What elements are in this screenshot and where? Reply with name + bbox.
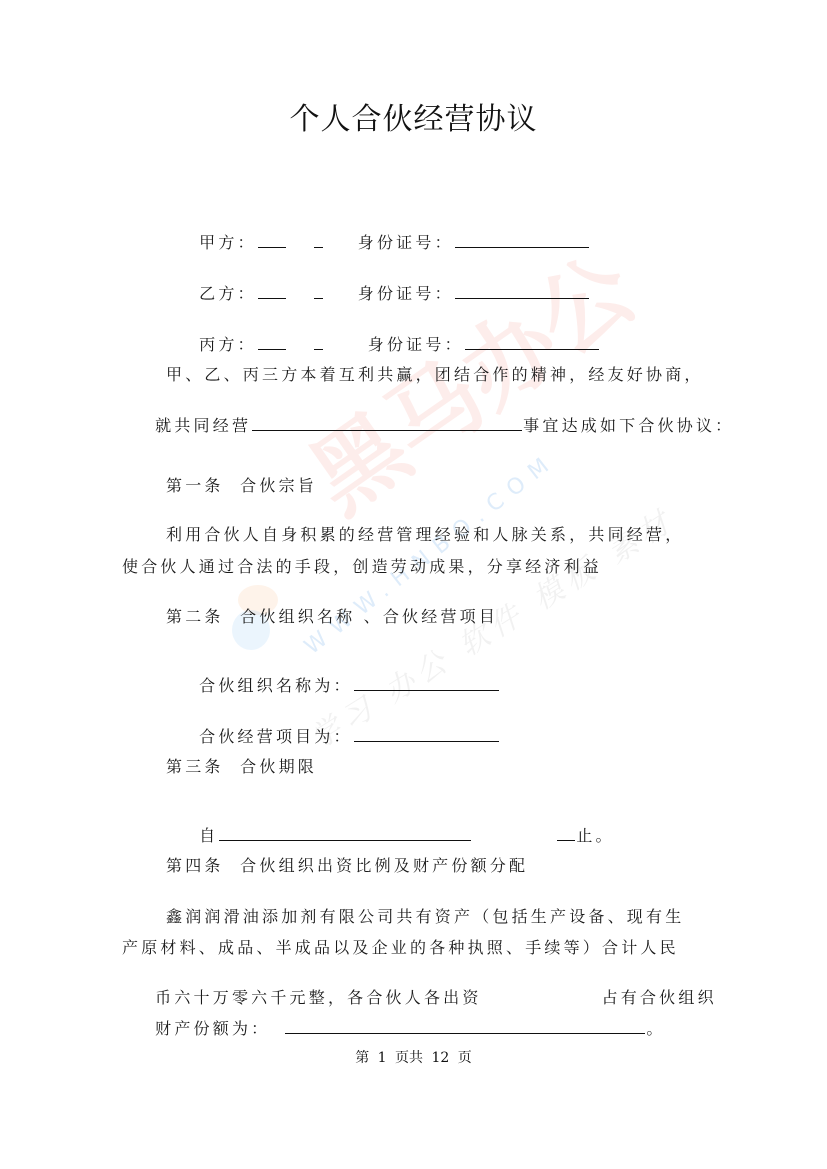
org-name-label: 合伙组织名称为： [199, 676, 353, 695]
party-b-name-blank[interactable] [258, 284, 286, 299]
article-1-line-1: 利用合伙人自身积累的经营管理经验和人脉关系，共同经营， [166, 522, 684, 545]
party-a-name-blank[interactable] [258, 233, 286, 248]
intro-suffix: 事宜达成如下合伙协议： [523, 416, 734, 435]
party-c-id-label: 身份证号： [368, 335, 464, 354]
project-blank[interactable] [354, 727, 499, 742]
term-from-label: 自 [199, 826, 218, 845]
party-b-label: 乙方： [199, 284, 257, 303]
party-c-name-blank-2[interactable] [314, 335, 323, 350]
article-1-line-2: 使合伙人通过合法的手段，创造劳动成果，分享经济利益 [122, 554, 602, 577]
article-4-line-1: 鑫润润滑油添加剂有限公司共有资产（包括生产设备、现有生 [166, 904, 684, 927]
party-c-label: 丙方： [199, 335, 257, 354]
article-2-heading: 第二条 合伙组织名称 、合伙经营项目 [166, 604, 498, 627]
share-blank[interactable] [285, 1019, 645, 1034]
term-start-blank[interactable] [219, 826, 471, 841]
intro-line-2: 就共同经营事宜达成如下合伙协议： [122, 394, 734, 455]
party-a-label: 甲方： [199, 233, 257, 252]
party-a-id-label: 身份证号： [358, 233, 454, 252]
article-3-heading: 第三条 合伙期限 [166, 754, 317, 777]
party-b-name-blank-2[interactable] [314, 284, 323, 299]
article-4-heading: 第四条 合伙组织出资比例及财产份额分配 [166, 853, 528, 876]
party-a-name-blank-2[interactable] [314, 233, 323, 248]
org-name-blank[interactable] [354, 676, 499, 691]
term-to-label: 止。 [576, 826, 614, 845]
document-title: 个人合伙经营协议 [0, 94, 827, 138]
share-label: 财产份额为： [155, 1019, 270, 1038]
term-end-blank[interactable] [557, 826, 575, 841]
party-a-id-blank[interactable] [455, 233, 589, 248]
article-4-line-2: 产原材料、成品、半成品以及企业的各种执照、手续等）合计人民 [122, 935, 679, 958]
document-page: 黑马办公 WWW.HNBO.COM 学习 办公 软件 模板 素材 个人合伙经营协… [0, 0, 827, 1169]
business-blank[interactable] [252, 416, 522, 431]
project-label: 合伙经营项目为： [199, 727, 353, 746]
party-c-id-blank[interactable] [465, 335, 599, 350]
party-b-id-label: 身份证号： [358, 284, 454, 303]
party-b-id-blank[interactable] [455, 284, 589, 299]
share-end: 。 [646, 1019, 665, 1038]
page-number: 第 1 页共 12 页 [0, 1047, 827, 1067]
article-1-heading: 第一条 合伙宗旨 [166, 473, 317, 496]
intro-line-1: 甲、乙、丙三方本着互利共赢，团结合作的精神，经友好协商， [166, 362, 704, 385]
intro-prefix: 就共同经营 [155, 416, 251, 435]
party-c-name-blank[interactable] [258, 335, 286, 350]
